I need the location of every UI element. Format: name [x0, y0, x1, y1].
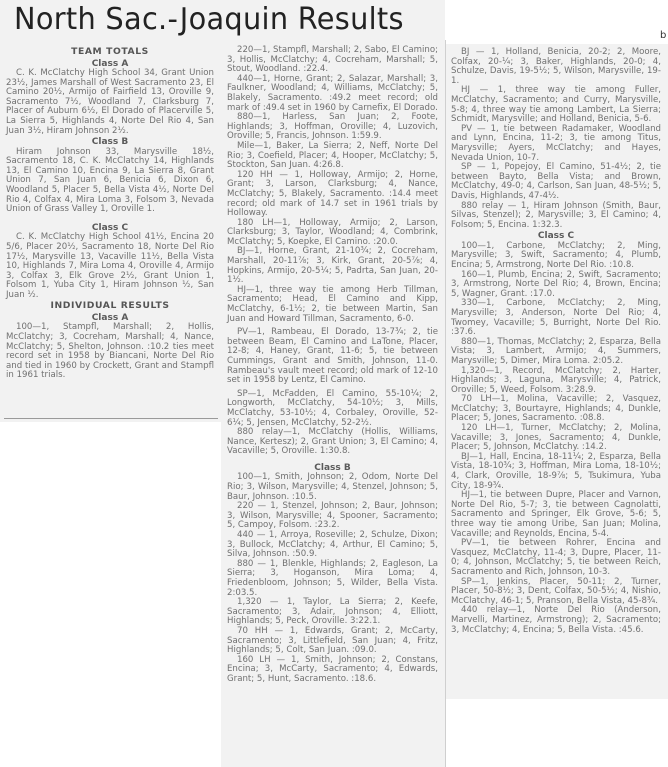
class-b-team-totals: Hiram Johnson 33, Marysville 18½, Sacram…: [6, 148, 214, 215]
result-class-b-160lh: 160 LH — 1, Smith, Johnson; 2, Constans,…: [227, 656, 438, 685]
individual-results-heading: INDIVIDUAL RESULTS: [6, 301, 214, 312]
result-class-a-sp: SP—1, McFadden, El Camino, 55-10¼; 2, Lo…: [227, 390, 438, 428]
result-class-c-100: 100—1, Carbone, McClatchy; 2, Ming, Mary…: [451, 242, 661, 271]
result-class-c-440-relay: 440 relay—1, Norte Del Rio (Anderson, Ma…: [451, 606, 661, 635]
result-class-b-70hh: 70 HH — 1, Edwards, Grant; 2, McCarty, S…: [227, 627, 438, 656]
result-class-a-mile: Mile—1, Baker, La Sierra; 2, Neff, Norte…: [227, 142, 438, 171]
result-class-a-100: 100—1, Stampfl, Marshall; 2, Hollis, McC…: [6, 323, 214, 381]
result-class-b-880: 880 — 1, Blenkle, Highlands; 2, Eagleson…: [227, 560, 438, 598]
column-divider-rule: [4, 418, 218, 419]
result-class-b-880-relay: 880 relay — 1, Hiram Johnson (Smith, Bau…: [451, 202, 661, 231]
result-class-c-880: 880—1, Thomas, McClatchy; 2, Esparza, Be…: [451, 338, 661, 367]
result-class-a-120hh: 120 HH — 1, Holloway, Armijo; 2, Horne, …: [227, 171, 438, 219]
result-class-a-hj: HJ—1, three way tie among Herb Tillman, …: [227, 286, 438, 324]
headline: North Sac.-Joaquin Results: [14, 2, 404, 37]
result-class-b-hj: HJ — 1, three way tie among Fuller, McCl…: [451, 86, 661, 124]
result-class-b-220: 220 — 1, Stenzel, Johnson; 2, Baur, John…: [227, 502, 438, 531]
result-class-a-880-relay: 880 relay—1, McClatchy (Hollis, Williams…: [227, 428, 438, 457]
result-class-a-440: 440—1, Horne, Grant; 2, Salazar, Marshal…: [227, 75, 438, 113]
class-c-team-totals: C. K. McClatchy High School 41½, Encina …: [6, 233, 214, 300]
result-class-a-880: 880—1, Harless, San Juan; 2, Foote, High…: [227, 113, 438, 142]
result-class-b-pv: PV — 1, tie between Radamaker, Woodland …: [451, 125, 661, 163]
result-class-c-160: 160—1, Plumb, Encina; 2, Swift, Sacramen…: [451, 271, 661, 300]
left-column: TEAM TOTALS Class A C. K. McClatchy High…: [6, 46, 214, 381]
result-class-c-70lh: 70 LH—1, Molina, Vacaville; 2, Vasquez, …: [451, 395, 661, 424]
result-class-a-bj: BJ—1, Horne, Grant, 21-10¾; 2, Cocreham,…: [227, 247, 438, 285]
result-class-c-330: 330—1, Carbone, McClatchy; 2, Ming, Mary…: [451, 299, 661, 337]
result-class-b-1320: 1,320 — 1, Taylor, La Sierra; 2, Keefe, …: [227, 598, 438, 627]
result-class-c-hj: HJ—1, tie between Dupre, Placer and Varn…: [451, 491, 661, 539]
result-class-b-440: 440 — 1, Arroya, Roseville; 2, Schulze, …: [227, 531, 438, 560]
class-a-team-totals: C. K. McClatchy High School 34, Grant Un…: [6, 69, 214, 136]
result-class-c-bj: BJ—1, Hall, Encina, 18-11¼; 2, Esparza, …: [451, 453, 661, 491]
middle-column: 220—1, Stampfl, Marshall; 2, Sabo, El Ca…: [227, 46, 438, 685]
result-class-c-pv: PV—1, tie between Rohrer, Encina and Vas…: [451, 539, 661, 577]
result-class-a-pv: PV—1, Rambeau, El Dorado, 13-7¾; 2, tie …: [227, 328, 438, 386]
result-class-c-sp: SP—1, Jenkins, Placer, 50-11; 2, Turner,…: [451, 578, 661, 607]
result-class-c-1320: 1,320—1, Record, McClatchy; 2, Harter, H…: [451, 367, 661, 396]
result-class-c-120lh: 120 LH—1, Turner, McClatchy; 2, Molina, …: [451, 424, 661, 453]
result-class-b-bj: BJ — 1, Holland, Benicia, 20-2; 2, Moore…: [451, 48, 661, 86]
headline-banner: North Sac.-Joaquin Results: [0, 0, 445, 44]
result-class-b-100: 100—1, Smith, Johnson; 2, Odom, Norte De…: [227, 473, 438, 502]
right-column: BJ — 1, Holland, Benicia, 20-2; 2, Moore…: [451, 48, 661, 635]
team-totals-heading: TEAM TOTALS: [6, 47, 214, 58]
result-class-b-sp: SP — 1, Popejoy, El Camino, 51-4½; 2, ti…: [451, 163, 661, 201]
result-class-a-180lh: 180 LH—1, Holloway, Armijo; 2, Larson, C…: [227, 219, 438, 248]
result-class-a-220: 220—1, Stampfl, Marshall; 2, Sabo, El Ca…: [227, 46, 438, 75]
adjacent-clipping-edge: b: [660, 30, 666, 41]
